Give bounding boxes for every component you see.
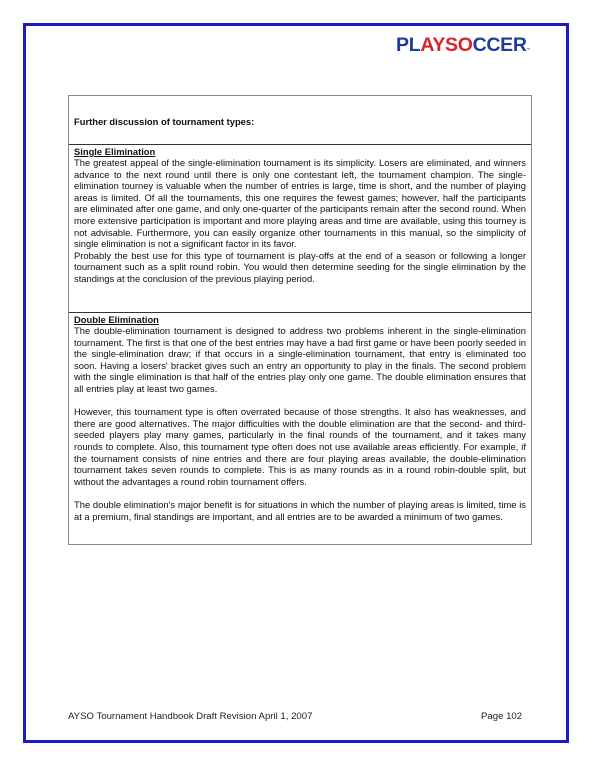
section-title: Double Elimination <box>74 314 526 325</box>
trademark-symbol: ™ <box>527 47 531 52</box>
section-paragraph: The double-elimination tournament is des… <box>74 325 526 395</box>
section-paragraph: The greatest appeal of the single-elimin… <box>74 157 526 250</box>
logo-part: AYS <box>420 34 457 56</box>
logo-part: CCER <box>473 34 527 56</box>
section-paragraph: Probably the best use for this type of t… <box>74 250 526 285</box>
playsoccer-logo: PLAYSOCCER™ <box>396 34 530 57</box>
logo-part: PL <box>396 34 420 56</box>
intro-row: Further discussion of tournament types: <box>69 96 531 144</box>
footer-page-number: Page 102 <box>481 711 522 722</box>
logo-part: O <box>458 34 473 56</box>
section-title: Single Elimination <box>74 146 526 157</box>
tournament-types-table: Further discussion of tournament types: … <box>68 95 532 545</box>
section-paragraph: The double elimination's major benefit i… <box>74 499 526 522</box>
section-paragraph: However, this tournament type is often o… <box>74 406 526 487</box>
double-elimination-section: Double Elimination The double-eliminatio… <box>69 312 531 544</box>
intro-heading: Further discussion of tournament types: <box>74 116 526 127</box>
single-elimination-section: Single Elimination The greatest appeal o… <box>69 144 531 312</box>
footer-document-title: AYSO Tournament Handbook Draft Revision … <box>68 711 312 722</box>
